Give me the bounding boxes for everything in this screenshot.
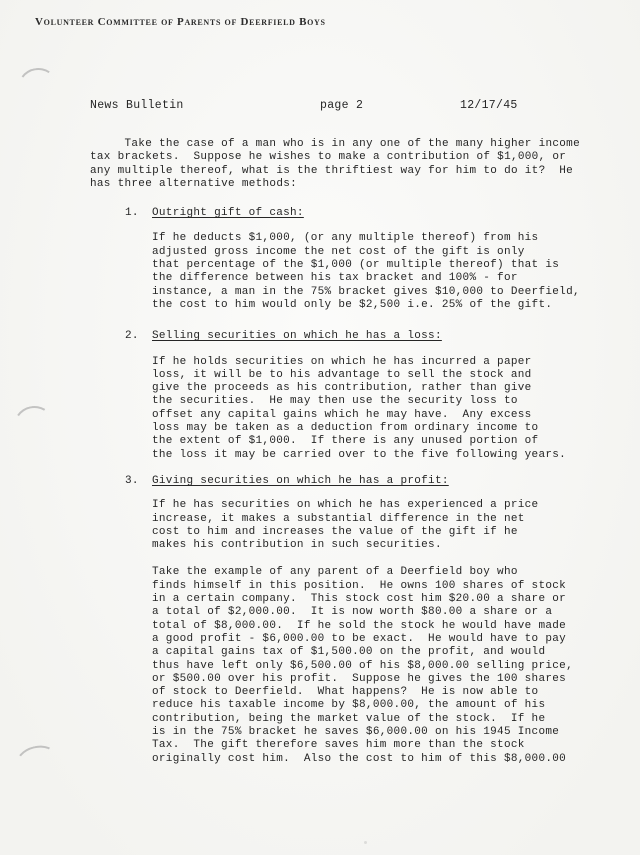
list-item-paragraph: If he has securities on which he has exp…: [152, 499, 590, 552]
list-item-paragraph: If he holds securities on which he has i…: [152, 356, 590, 462]
masthead: News Bulletin page 2 12/17/45: [90, 99, 570, 115]
list-item-heading: 3. Giving securities on which he has a p…: [125, 475, 590, 488]
list-item-title: Selling securities on which he has a los…: [152, 330, 442, 343]
letterhead-committee-name: Volunteer Committee of Parents of Deerfi…: [35, 16, 326, 28]
binder-arc-mark: [10, 402, 57, 447]
list-item-2: 2. Selling securities on which he has a …: [125, 330, 590, 462]
list-item-paragraph: If he deducts $1,000, (or any multiple t…: [152, 232, 590, 312]
list-item-3: 3. Giving securities on which he has a p…: [125, 475, 590, 766]
list-item-heading: 1. Outright gift of cash:: [125, 207, 590, 220]
bulletin-title: News Bulletin: [90, 99, 184, 112]
bulletin-date: 12/17/45: [460, 99, 518, 112]
list-item-number: 3.: [125, 475, 152, 488]
list-item-1: 1. Outright gift of cash: If he deducts …: [125, 207, 590, 312]
list-item-paragraph: Take the example of any parent of a Deer…: [152, 566, 590, 765]
list-item-title: Outright gift of cash:: [152, 207, 304, 220]
list-item-title: Giving securities on which he has a prof…: [152, 475, 449, 488]
list-item-number: 1.: [125, 207, 152, 220]
intro-paragraph: Take the case of a man who is in any one…: [90, 138, 590, 191]
scan-speck: [364, 841, 367, 844]
binder-arc-mark: [13, 741, 61, 780]
list-item-number: 2.: [125, 330, 152, 343]
list-item-heading: 2. Selling securities on which he has a …: [125, 330, 590, 343]
binder-arc-mark: [15, 65, 61, 109]
document-body: Take the case of a man who is in any one…: [90, 138, 590, 766]
page-number-label: page 2: [320, 99, 363, 112]
